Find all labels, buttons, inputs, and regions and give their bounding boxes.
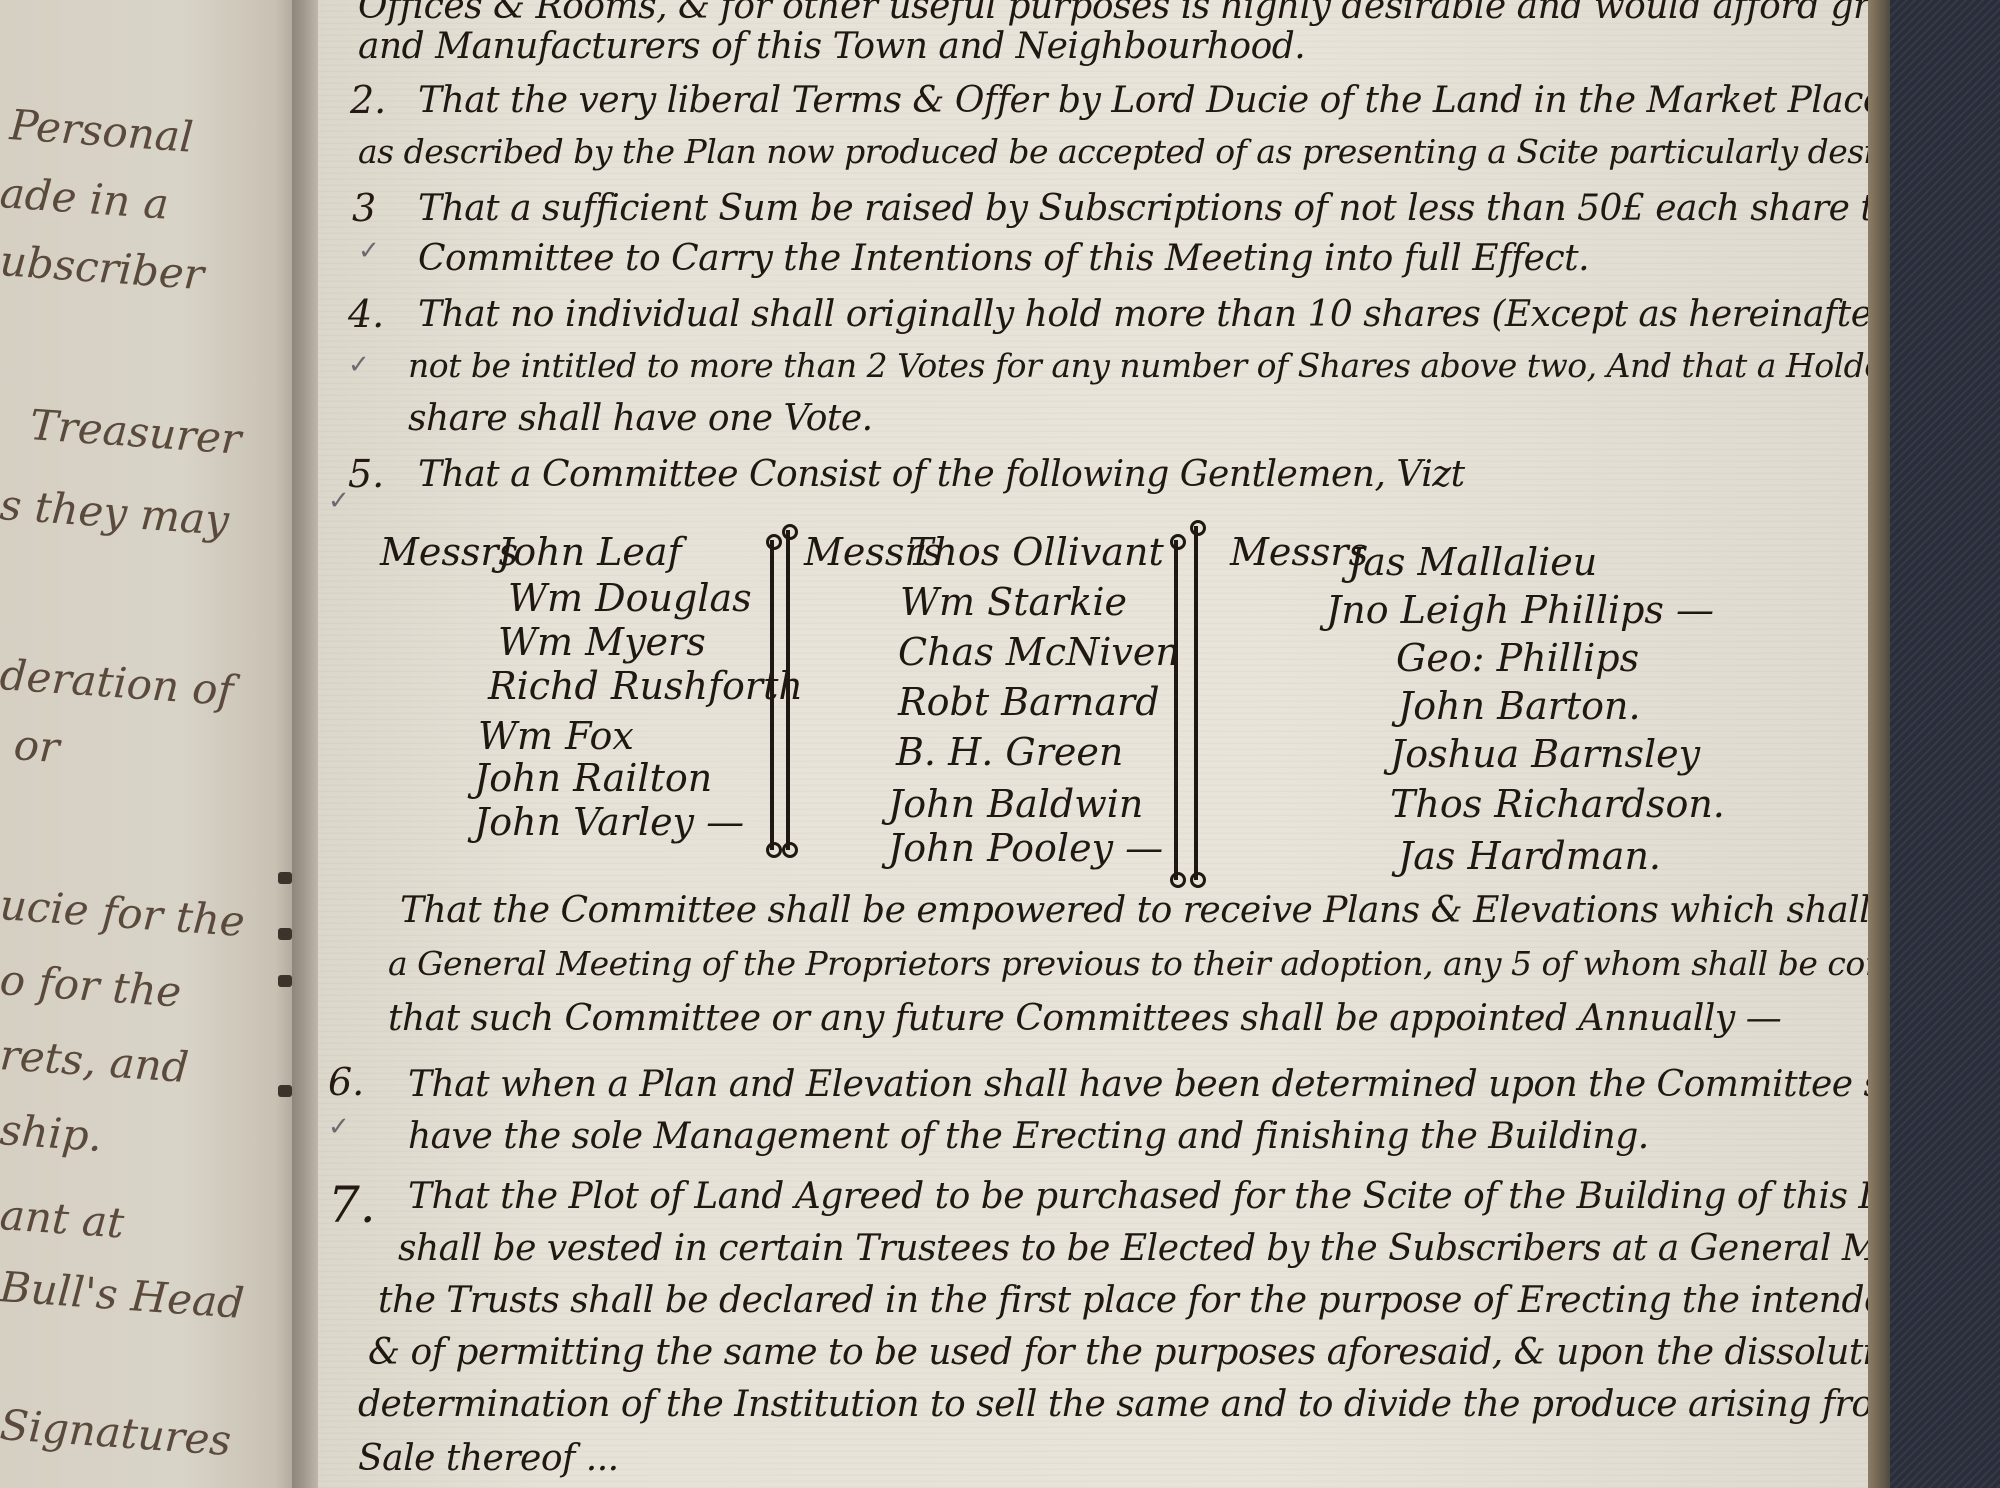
check-mark-icon: ✓ — [348, 350, 370, 380]
check-mark-icon: ✓ — [328, 1112, 350, 1142]
committee-name: Geo: Phillips — [1396, 636, 1639, 680]
left-fragment: ucie for the — [0, 880, 246, 946]
resolution-line: That a Committee Consist of the followin… — [418, 454, 1465, 495]
committee-name: Jas Mallalieu — [1348, 540, 1597, 584]
intro-line: Offices & Rooms, & for other useful purp… — [358, 0, 1878, 27]
resolution-line: That the Plot of Land Agreed to be purch… — [408, 1176, 1878, 1217]
resolution-number: 4. — [348, 292, 384, 336]
committee-name: Chas McNiven — [898, 630, 1180, 674]
bracket-divider — [770, 540, 774, 850]
committee-name: John Railton — [474, 756, 712, 800]
left-fragment: ubscriber — [0, 236, 206, 299]
bracket-divider — [1174, 540, 1178, 880]
resolution-line: determination of the Institution to sell… — [358, 1384, 1878, 1425]
resolution-line: That no individual shall originally hold… — [418, 294, 1878, 335]
committee-name: Jno Leigh Phillips — — [1326, 588, 1714, 632]
left-fragment: Personal — [8, 100, 195, 162]
resolution-number: 7. — [328, 1176, 376, 1234]
left-fragment: ship. — [0, 1105, 104, 1161]
left-fragment: Treasurer — [28, 400, 243, 464]
resolution-line: That when a Plan and Elevation shall hav… — [408, 1064, 1878, 1105]
resolution-line: Sale thereof ... — [358, 1438, 619, 1479]
committee-name: Richd Rushforth — [488, 664, 803, 708]
committee-paragraph-line: that such Committee or any future Commit… — [388, 998, 1781, 1039]
resolution-line: Committee to Carry the Intentions of thi… — [418, 238, 1589, 279]
committee-name: Wm Douglas — [508, 576, 752, 620]
left-page: Personal ade in a ubscriber Treasurer s … — [0, 0, 300, 1488]
resolution-number: 3 — [352, 186, 376, 230]
resolution-number: 2. — [350, 78, 386, 122]
resolution-line: not be intitled to more than 2 Votes for… — [408, 346, 1878, 385]
resolution-line: shall be vested in certain Trustees to b… — [398, 1228, 1878, 1269]
committee-name: John Leaf — [498, 530, 682, 574]
resolution-line: That the very liberal Terms & Offer by L… — [418, 80, 1878, 121]
committee-name: John Barton. — [1398, 684, 1641, 728]
left-fragment: o for the — [0, 955, 183, 1017]
page-edge — [1868, 0, 1890, 1488]
resolution-line: as described by the Plan now produced be… — [358, 132, 1878, 171]
bracket-divider — [786, 530, 790, 850]
resolution-line: have the sole Management of the Erecting… — [408, 1116, 1649, 1157]
committee-name: Wm Starkie — [900, 580, 1127, 624]
committee-name: Wm Myers — [498, 620, 706, 664]
bracket-divider — [1194, 526, 1198, 880]
binding-stitch — [278, 872, 292, 884]
resolution-line: That a sufficient Sum be raised by Subsc… — [418, 188, 1878, 229]
committee-name: Robt Barnard — [898, 680, 1160, 724]
binding-stitch — [278, 928, 292, 940]
left-fragment: Signatures — [0, 1400, 233, 1465]
binding-stitch — [278, 1085, 292, 1097]
committee-name: John Baldwin — [888, 782, 1143, 826]
committee-paragraph-line: That the Committee shall be empowered to… — [400, 890, 1878, 931]
left-fragment: deration of — [0, 650, 235, 715]
resolution-line: & of permitting the same to be used for … — [368, 1332, 1878, 1373]
left-fragment: ant at — [0, 1190, 126, 1248]
intro-line: and Manufacturers of this Town and Neigh… — [358, 26, 1305, 67]
left-fragment: ade in a — [0, 168, 170, 229]
committee-name: John Varley — — [474, 800, 744, 844]
left-fragment: s they may — [0, 480, 231, 545]
committee-name: Thos Richardson. — [1390, 782, 1725, 826]
committee-paragraph-line: a General Meeting of the Proprietors pre… — [388, 944, 1878, 983]
committee-name: Wm Fox — [478, 714, 634, 758]
left-fragment: or — [12, 720, 61, 772]
binding-stitch — [278, 975, 292, 987]
left-fragment: rets, and — [0, 1030, 190, 1092]
resolution-line: share shall have one Vote. — [408, 398, 873, 439]
left-fragment: Bull's Head — [0, 1262, 246, 1328]
book-photo: Personal ade in a ubscriber Treasurer s … — [0, 0, 2000, 1488]
resolution-line: the Trusts shall be declared in the firs… — [378, 1280, 1878, 1321]
committee-name: B. H. Green — [896, 730, 1123, 774]
right-page: Offices & Rooms, & for other useful purp… — [318, 0, 1878, 1488]
committee-name: Thos Ollivant — [908, 530, 1164, 574]
committee-name: John Pooley — — [888, 826, 1163, 870]
check-mark-icon: ✓ — [358, 236, 380, 266]
committee-name: Joshua Barnsley — [1390, 732, 1700, 776]
resolution-number: 6. — [328, 1060, 364, 1104]
committee-name: Jas Hardman. — [1398, 834, 1661, 878]
resolution-number: 5. — [348, 452, 384, 496]
check-mark-icon: ✓ — [328, 486, 350, 516]
